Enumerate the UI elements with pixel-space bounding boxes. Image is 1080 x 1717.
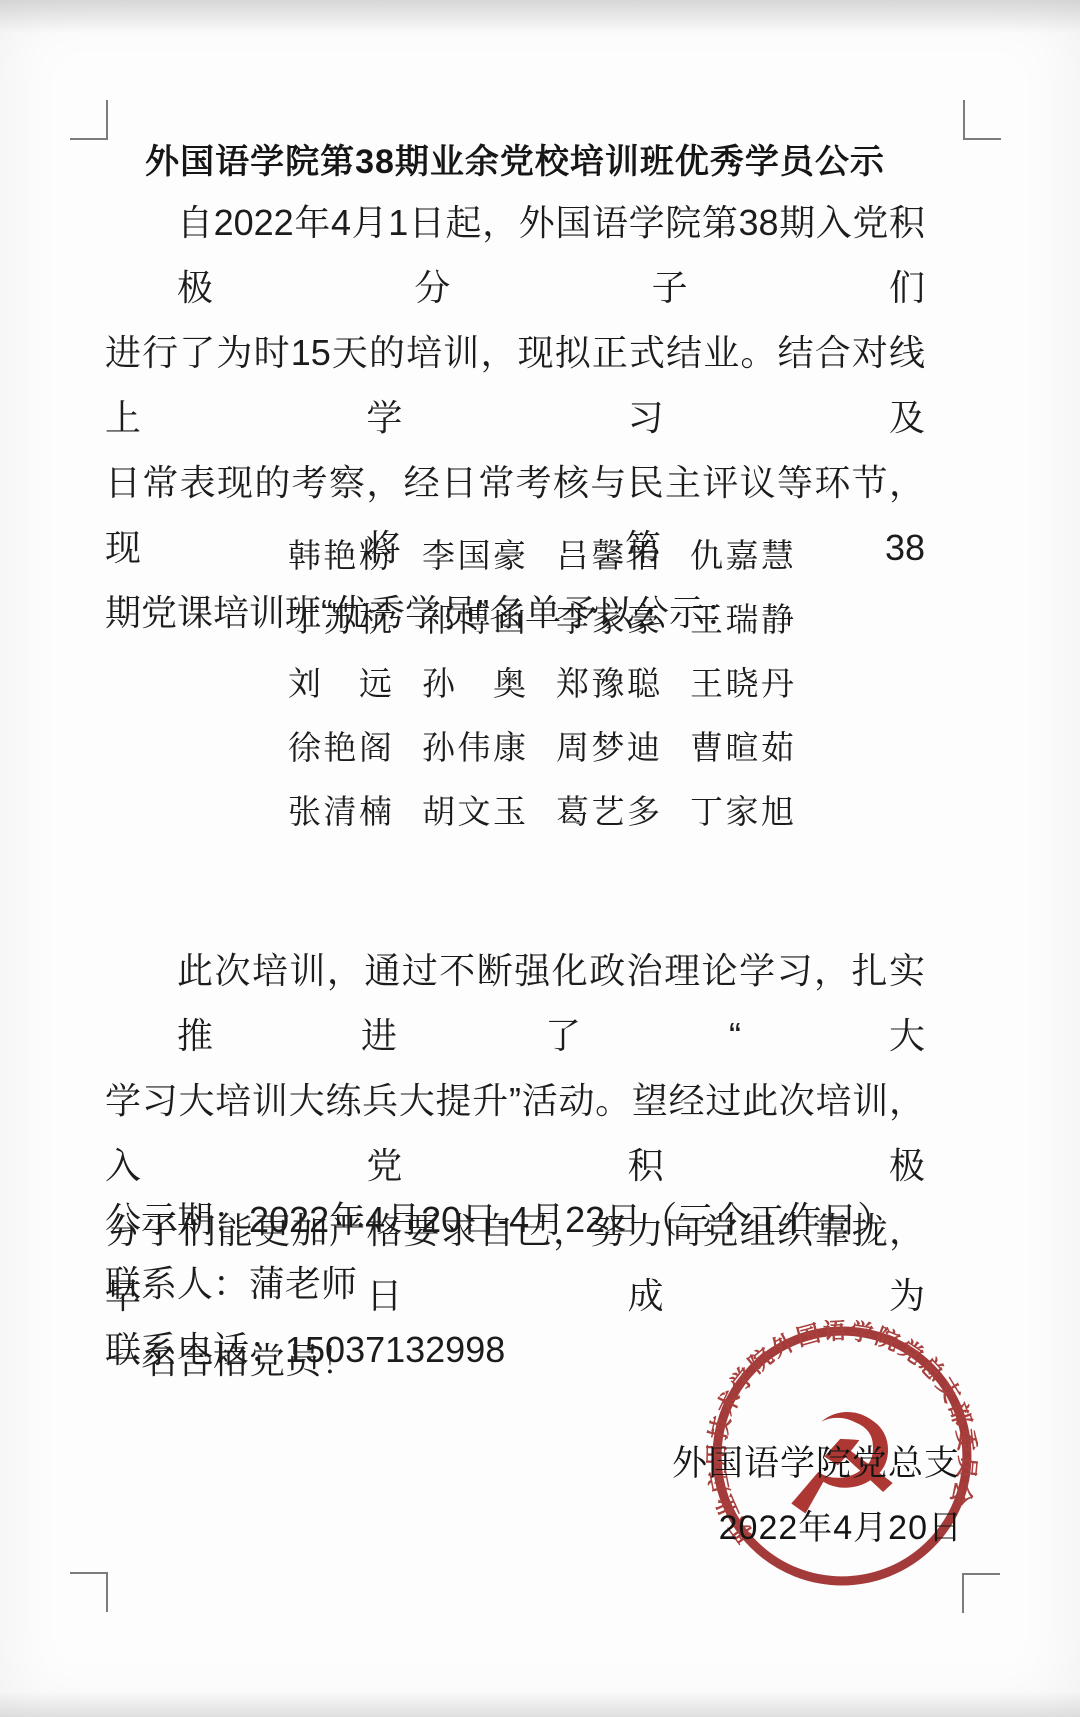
honoree-name: 葛艺多 [556, 780, 660, 844]
honoree-name: 曹暄茹 [690, 716, 794, 780]
photo-edge-shadow-top [0, 0, 1080, 34]
photo-edge-shadow-bottom [0, 1691, 1080, 1717]
signature-org: 外国语学院党总支 [672, 1436, 960, 1486]
honoree-name: 徐艳阁 [288, 716, 392, 780]
crop-mark-top-left [70, 100, 108, 140]
document-title: 外国语学院第38期业余党校培训班优秀学员公示 [105, 134, 925, 183]
honoree-name: 孙 奥 [422, 652, 526, 716]
honoree-name: 刘 远 [288, 652, 392, 716]
text-line: 进行了为时15天的培训，现拟正式结业。结合对线上学习及 [105, 320, 925, 450]
honoree-name: 李国豪 [422, 524, 526, 588]
signature-date: 2022年4月20日 [719, 1500, 963, 1549]
document-page: 外国语学院第38期业余党校培训班优秀学员公示 自2022年4月1日起，外国语学院… [0, 0, 1080, 1717]
honoree-name: 韩艳粉 [288, 524, 392, 588]
honoree-name: 胡文玉 [422, 780, 526, 844]
contact-person-line: 联系人：蒲老师 [105, 1262, 925, 1306]
honoree-name: 李家豪 [556, 588, 660, 652]
honoree-name: 王晓丹 [690, 652, 794, 716]
text-line: 学习大培训大练兵大提升”活动。望经过此次培训，入党积极 [105, 1068, 925, 1198]
honoree-name: 周梦迪 [556, 716, 660, 780]
honoree-name: 王瑞静 [690, 588, 794, 652]
honoree-name: 吕馨怡 [556, 524, 660, 588]
text-line: 自2022年4月1日起，外国语学院第38期入党积极分子们 [105, 190, 925, 320]
text-line: 此次培训，通过不断强化政治理论学习，扎实推进了“大 [105, 938, 925, 1068]
honoree-name: 仇嘉慧 [690, 524, 794, 588]
honoree-name: 丁苏杭 [288, 588, 392, 652]
honorees-grid: 韩艳粉 李国豪 吕馨怡 仇嘉慧 丁苏杭 祁博函 李家豪 王瑞静 刘 远 孙 奥 … [288, 524, 794, 844]
publicity-period-line: 公示期：2022年4月20日-4月22日（三个工作日） [105, 1198, 925, 1242]
honoree-name: 张清楠 [288, 780, 392, 844]
crop-mark-bottom-left [70, 1572, 108, 1612]
honoree-name: 丁家旭 [690, 780, 794, 844]
crop-mark-top-right [963, 100, 1001, 140]
honoree-name: 郑豫聪 [556, 652, 660, 716]
honoree-name: 祁博函 [422, 588, 526, 652]
honoree-name: 孙伟康 [422, 716, 526, 780]
